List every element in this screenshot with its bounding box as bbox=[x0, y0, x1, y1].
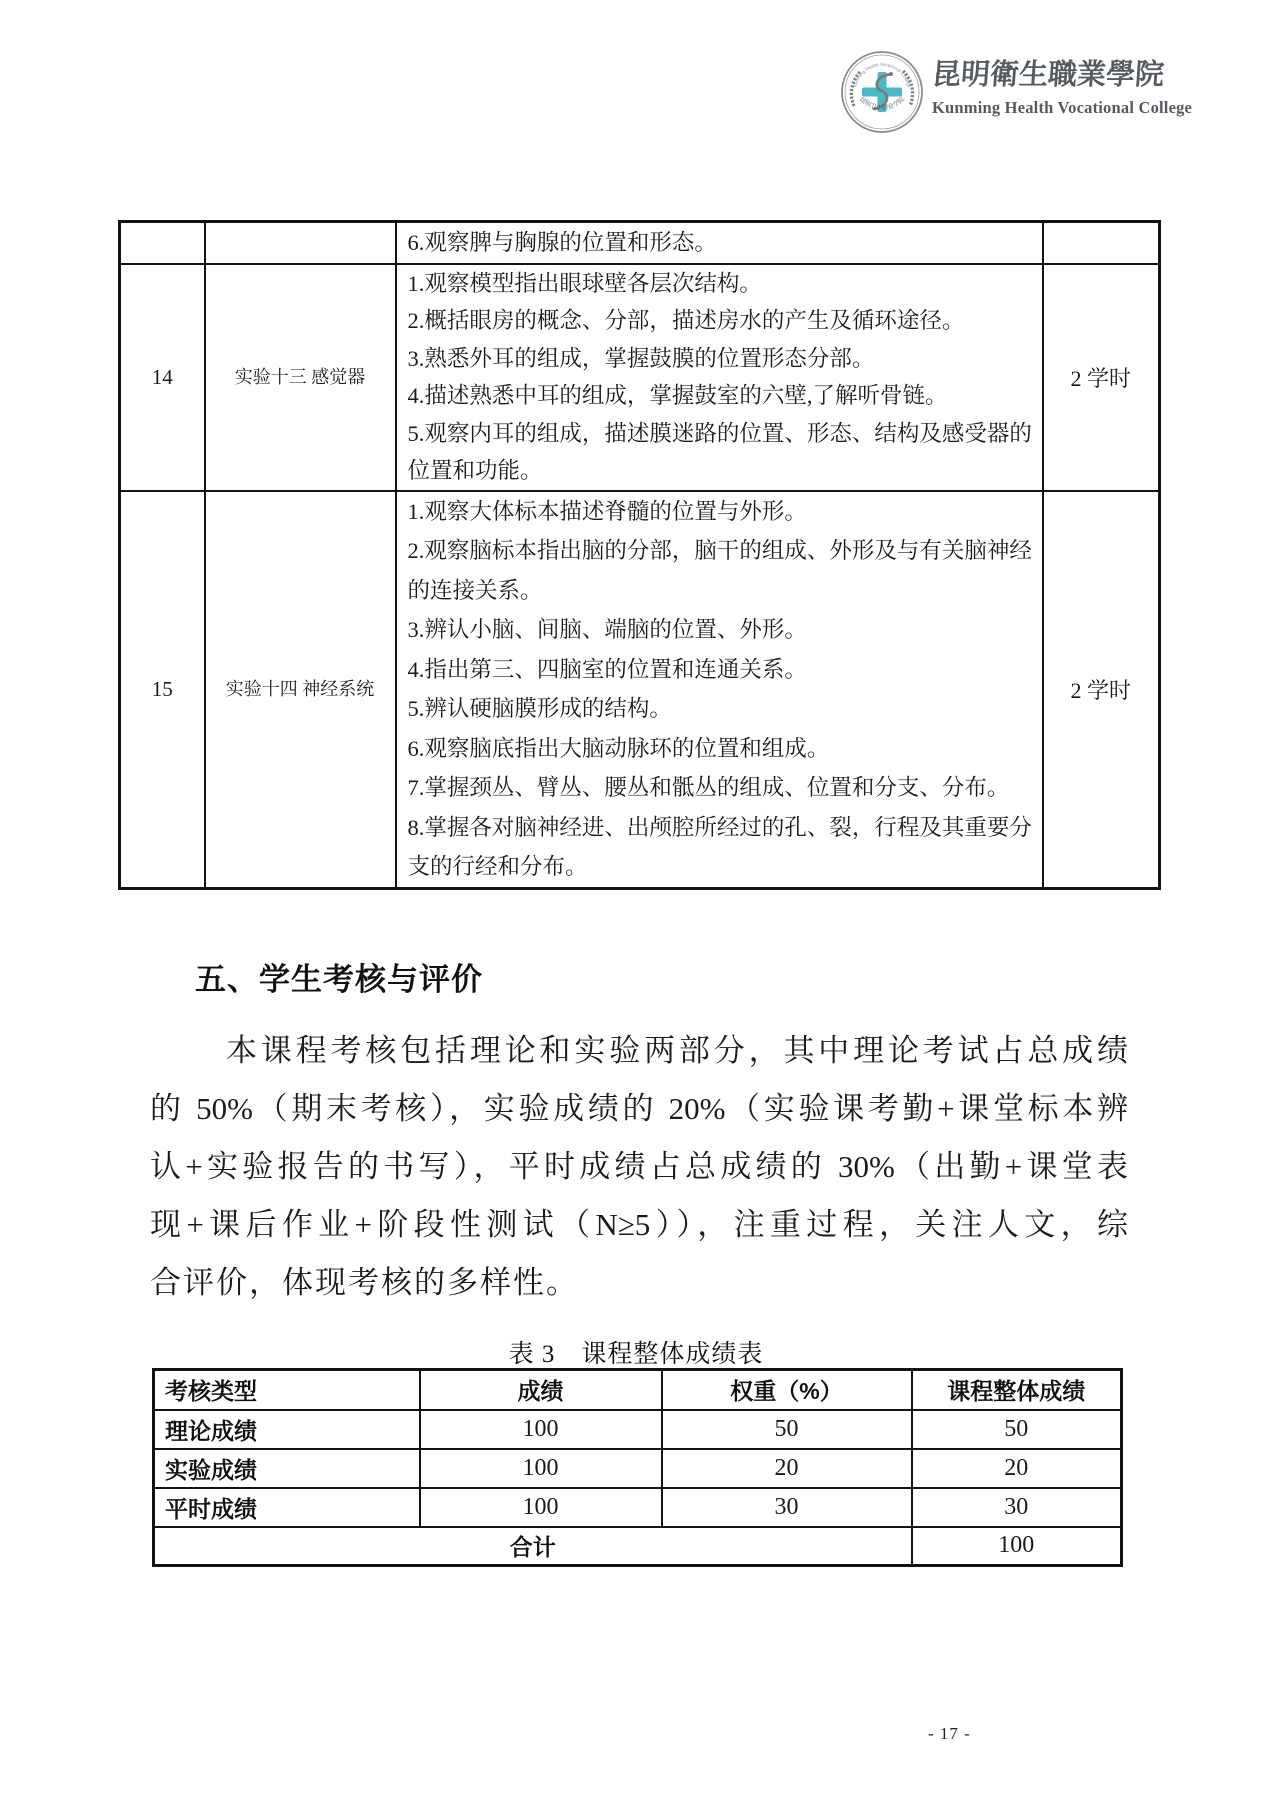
column-header: 考核类型 bbox=[154, 1370, 420, 1410]
college-logo-icon: Kunming Health Vocational College 昆明卫生职业… bbox=[840, 50, 924, 134]
column-header: 权重（%） bbox=[662, 1370, 912, 1410]
task-item: 8.掌握各对脑神经进、出颅腔所经过的孔、裂，行程及其重要分支的行经和分布。 bbox=[408, 808, 1034, 887]
overall-cell: 20 bbox=[912, 1449, 1122, 1488]
task-item: 2.观察脑标本指出脑的分部，脑干的组成、外形及与有关脑神经的连接关系。 bbox=[408, 531, 1034, 610]
experiment-schedule-table: 6.观察脾与胸腺的位置和形态。 14 实验十三 感觉器 1.观察模型指出眼球壁各… bbox=[118, 220, 1161, 890]
page-number: - 17 - bbox=[928, 1724, 971, 1744]
score-table-caption: 表 3 课程整体成绩表 bbox=[152, 1334, 1120, 1370]
document-page: Kunming Health Vocational College 昆明卫生职业… bbox=[0, 0, 1274, 1801]
task-item: 3.辨认小脑、间脑、端脑的位置、外形。 bbox=[408, 610, 1034, 650]
paragraph-line: 本课程考核包括理论和实验两部分，其中理论考试占总成绩 bbox=[150, 1022, 1128, 1080]
score-cell: 100 bbox=[420, 1410, 662, 1449]
page-header: Kunming Health Vocational College 昆明卫生职业… bbox=[840, 48, 1170, 138]
score-cell: 100 bbox=[420, 1449, 662, 1488]
college-name-en: Kunming Health Vocational College bbox=[932, 98, 1170, 118]
task-item: 6.观察脾与胸腺的位置和形态。 bbox=[408, 224, 1034, 262]
section-heading: 五、学生考核与评价 bbox=[195, 954, 483, 999]
task-item: 7.掌握颈丛、臂丛、腰丛和骶丛的组成、位置和分支、分布。 bbox=[408, 768, 1034, 808]
empty-cell bbox=[205, 222, 396, 264]
hours-cell: 2 学时 bbox=[1043, 491, 1160, 889]
assessment-type-cell: 平时成绩 bbox=[154, 1488, 420, 1527]
score-table-header-row: 考核类型 成绩 权重（%） 课程整体成绩 bbox=[154, 1370, 1122, 1410]
score-row-theory: 理论成绩 100 50 50 bbox=[154, 1410, 1122, 1449]
task-item: 1.观察大体标本描述脊髓的位置与外形。 bbox=[408, 492, 1034, 532]
experiment-name-cell: 实验十三 感觉器 bbox=[205, 264, 396, 491]
hours-cell: 2 学时 bbox=[1043, 264, 1160, 491]
total-label-cell: 合计 bbox=[154, 1527, 912, 1566]
weight-cell: 20 bbox=[662, 1449, 912, 1488]
college-name-zh: 昆明衛生職業學院 bbox=[931, 58, 1171, 92]
carryover-content-cell: 6.观察脾与胸腺的位置和形态。 bbox=[396, 222, 1043, 264]
row-number-cell: 14 bbox=[120, 264, 205, 491]
score-row-total: 合计 100 bbox=[154, 1527, 1122, 1566]
assessment-paragraph: 本课程考核包括理论和实验两部分，其中理论考试占总成绩 的 50%（期末考核），实… bbox=[150, 1022, 1128, 1312]
paragraph-line: 现+课后作业+阶段性测试（N≥5）），注重过程，关注人文，综 bbox=[150, 1196, 1128, 1254]
task-item: 4.描述熟悉中耳的组成，掌握鼓室的六壁,了解听骨链。 bbox=[408, 377, 1034, 415]
paragraph-line: 认+实验报告的书写），平时成绩占总成绩的 30%（出勤+课堂表 bbox=[150, 1138, 1128, 1196]
task-item: 4.指出第三、四脑室的位置和连通关系。 bbox=[408, 650, 1034, 690]
score-row-daily: 平时成绩 100 30 30 bbox=[154, 1488, 1122, 1527]
task-item: 6.观察脑底指出大脑动脉环的位置和组成。 bbox=[408, 729, 1034, 769]
task-item: 1.观察模型指出眼球壁各层次结构。 bbox=[408, 265, 1034, 303]
weight-cell: 50 bbox=[662, 1410, 912, 1449]
task-item: 2.概括眼房的概念、分部，描述房水的产生及循环途径。 bbox=[408, 302, 1034, 340]
assessment-type-cell: 理论成绩 bbox=[154, 1410, 420, 1449]
college-name-block: 昆明衛生職業學院 Kunming Health Vocational Colle… bbox=[932, 58, 1170, 118]
column-header: 成绩 bbox=[420, 1370, 662, 1410]
paragraph-line: 合评价，体现考核的多样性。 bbox=[150, 1254, 1128, 1312]
task-item: 5.辨认硬脑膜形成的结构。 bbox=[408, 689, 1034, 729]
experiment-name-cell: 实验十四 神经系统 bbox=[205, 491, 396, 889]
column-header: 课程整体成绩 bbox=[912, 1370, 1122, 1410]
empty-cell bbox=[1043, 222, 1160, 264]
paragraph-line: 的 50%（期末考核），实验成绩的 20%（实验课考勤+课堂标本辨 bbox=[150, 1080, 1128, 1138]
table-row-carryover: 6.观察脾与胸腺的位置和形态。 bbox=[120, 222, 1160, 264]
total-value-cell: 100 bbox=[912, 1527, 1122, 1566]
experiment-content-cell: 1.观察大体标本描述脊髓的位置与外形。2.观察脑标本指出脑的分部，脑干的组成、外… bbox=[396, 491, 1043, 889]
score-row-experiment: 实验成绩 100 20 20 bbox=[154, 1449, 1122, 1488]
task-item: 5.观察内耳的组成，描述膜迷路的位置、形态、结构及感受器的位置和功能。 bbox=[408, 415, 1034, 490]
empty-cell bbox=[120, 222, 205, 264]
score-table: 考核类型 成绩 权重（%） 课程整体成绩 理论成绩 100 50 50 实验成绩… bbox=[152, 1368, 1123, 1567]
table-row-experiment-14: 15 实验十四 神经系统 1.观察大体标本描述脊髓的位置与外形。2.观察脑标本指… bbox=[120, 491, 1160, 889]
overall-cell: 50 bbox=[912, 1410, 1122, 1449]
weight-cell: 30 bbox=[662, 1488, 912, 1527]
table-row-experiment-13: 14 实验十三 感觉器 1.观察模型指出眼球壁各层次结构。2.概括眼房的概念、分… bbox=[120, 264, 1160, 491]
score-cell: 100 bbox=[420, 1488, 662, 1527]
assessment-type-cell: 实验成绩 bbox=[154, 1449, 420, 1488]
task-item: 3.熟悉外耳的组成，掌握鼓膜的位置形态分部。 bbox=[408, 340, 1034, 378]
row-number-cell: 15 bbox=[120, 491, 205, 889]
experiment-content-cell: 1.观察模型指出眼球壁各层次结构。2.概括眼房的概念、分部，描述房水的产生及循环… bbox=[396, 264, 1043, 491]
overall-cell: 30 bbox=[912, 1488, 1122, 1527]
